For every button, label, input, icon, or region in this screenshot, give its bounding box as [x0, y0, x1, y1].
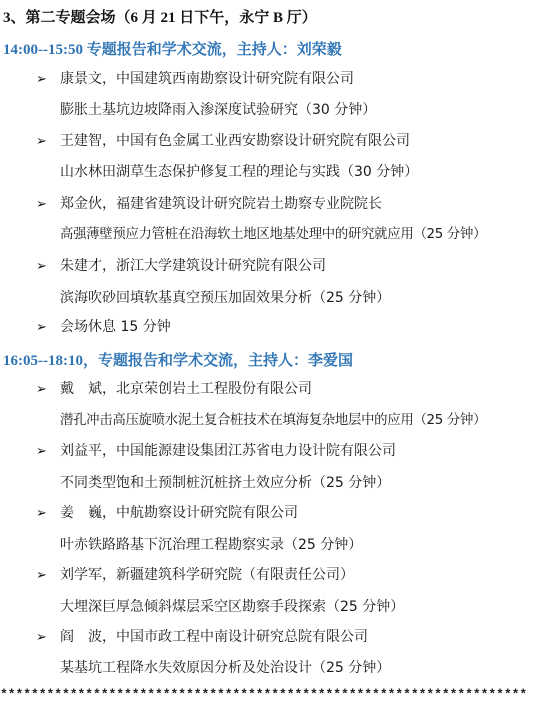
arrow-bullet-icon: ➢	[36, 319, 60, 337]
talk-title: 叶赤铁路路基下沉治理工程勘察实录（25 分钟）	[60, 536, 362, 554]
speaker-name: 姜 巍，中航勘察设计研究院有限公司	[60, 505, 298, 521]
session-heading-1: 14:00--15:50 专题报告和学术交流，主持人：刘荣毅	[3, 41, 342, 59]
talk-title: 高强薄壁预应力管桩在沿海软土地区地基处理中的研究就应用（25 分钟）	[60, 226, 486, 244]
speaker-name: 阎 波，中国市政工程中南设计研究总院有限公司	[60, 629, 368, 645]
asterisk-separator: ****************************************…	[0, 686, 540, 704]
document-page: 3、第二专题会场（6 月 21 日下午，永宁 B 厅） 14:00--15:50…	[0, 0, 540, 707]
section-title: 3、第二专题会场（6 月 21 日下午，永宁 B 厅）	[3, 9, 317, 27]
talk-title: 大埋深巨厚急倾斜煤层采空区勘察手段探索（25 分钟）	[60, 598, 404, 616]
speaker-name: 康景文，中国建筑西南勘察设计研究院有限公司	[60, 71, 354, 87]
speaker-item: ➢朱建才，浙江大学建筑设计研究院有限公司	[36, 257, 326, 276]
speaker-name: 王建智，中国有色金属工业西安勘察设计研究院有限公司	[60, 133, 410, 149]
speaker-item: ➢姜 巍，中航勘察设计研究院有限公司	[36, 504, 298, 523]
talk-title: 膨胀土基坑边坡降雨入渗深度试验研究（30 分钟）	[60, 101, 376, 119]
talk-title: 某基坑工程降水失效原因分析及处治设计（25 分钟）	[60, 659, 390, 677]
arrow-bullet-icon: ➢	[36, 71, 60, 89]
talk-title: 潜孔冲击高压旋喷水泥土复合桩技术在填海复杂地层中的应用（25 分钟）	[60, 412, 486, 430]
talk-title: 滨海吹砂回填软基真空预压加固效果分析（25 分钟）	[60, 289, 390, 307]
speaker-name: 刘益平，中国能源建设集团江苏省电力设计院有限公司	[60, 443, 396, 459]
speaker-item: ➢康景文，中国建筑西南勘察设计研究院有限公司	[36, 70, 354, 89]
break-label: 会场休息 15 分钟	[60, 319, 171, 335]
arrow-bullet-icon: ➢	[36, 133, 60, 151]
session-heading-2: 16:05--18:10，专题报告和学术交流，主持人：李爱国	[3, 352, 353, 370]
session-title: 专题报告和学术交流，主持人：刘荣毅	[83, 42, 342, 58]
arrow-bullet-icon: ➢	[36, 196, 60, 214]
arrow-bullet-icon: ➢	[36, 258, 60, 276]
speaker-item: ➢王建智，中国有色金属工业西安勘察设计研究院有限公司	[36, 132, 410, 151]
session-title: 专题报告和学术交流，主持人：李爱国	[98, 353, 353, 369]
talk-title: 不同类型饱和土预制桩沉桩挤土效应分析（25 分钟）	[60, 474, 390, 492]
session-time: 14:00--15:50	[3, 42, 83, 58]
speaker-item: ➢戴 斌，北京荣创岩土工程股份有限公司	[36, 380, 312, 399]
speaker-name: 朱建才，浙江大学建筑设计研究院有限公司	[60, 258, 326, 274]
arrow-bullet-icon: ➢	[36, 567, 60, 585]
session-time: 16:05--18:10，	[3, 353, 98, 369]
talk-title: 山水林田湖草生态保护修复工程的理论与实践（30 分钟）	[60, 163, 418, 181]
speaker-name: 刘学军，新疆建筑科学研究院（有限责任公司）	[60, 567, 354, 583]
arrow-bullet-icon: ➢	[36, 443, 60, 461]
speaker-item: ➢郑金伙，福建省建筑设计研究院岩土勘察专业院院长	[36, 195, 382, 214]
break-item: ➢会场休息 15 分钟	[36, 318, 171, 337]
speaker-name: 郑金伙，福建省建筑设计研究院岩土勘察专业院院长	[60, 196, 382, 212]
speaker-item: ➢刘益平，中国能源建设集团江苏省电力设计院有限公司	[36, 442, 396, 461]
speaker-item: ➢刘学军，新疆建筑科学研究院（有限责任公司）	[36, 566, 354, 585]
arrow-bullet-icon: ➢	[36, 629, 60, 647]
speaker-name: 戴 斌，北京荣创岩土工程股份有限公司	[60, 381, 312, 397]
arrow-bullet-icon: ➢	[36, 381, 60, 399]
speaker-item: ➢阎 波，中国市政工程中南设计研究总院有限公司	[36, 628, 368, 647]
arrow-bullet-icon: ➢	[36, 505, 60, 523]
